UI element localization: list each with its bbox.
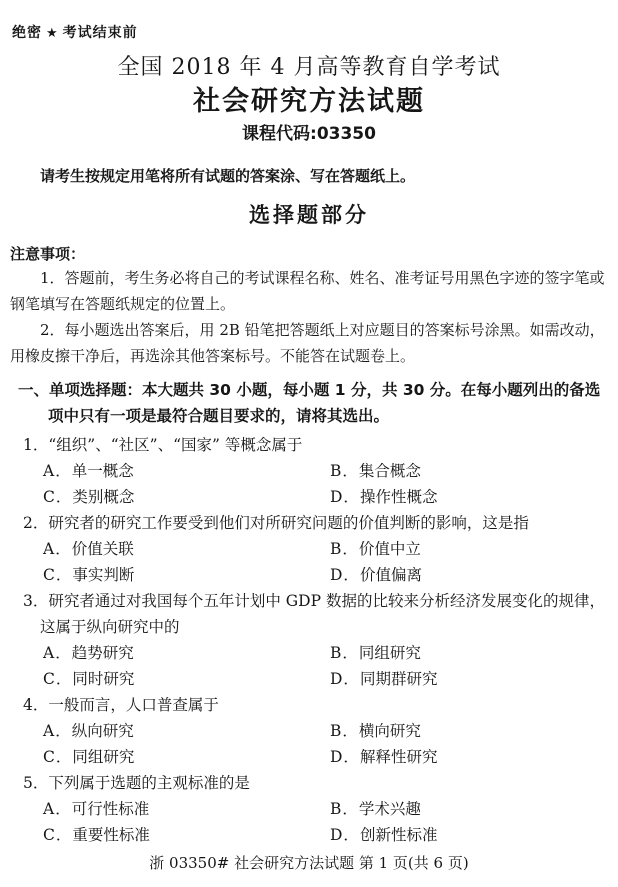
note-item-2: 2．每小题选出答案后，用 2B 铅笔把答题纸上对应题目的答案标号涂黑。如需改动，… (10, 317, 608, 369)
question-body: 研究者的研究工作要受到他们对所研究问题的价值判断的影响，这是指 (48, 514, 529, 532)
option-label: B． (330, 540, 359, 558)
option-text: 趋势研究 (72, 644, 134, 662)
option: C．类别概念 (43, 484, 330, 510)
option-label: A． (43, 644, 72, 662)
option-label: C． (43, 566, 72, 584)
question-number: 3． (23, 592, 48, 610)
question-text: 2．研究者的研究工作要受到他们对所研究问题的价值判断的影响，这是指 (10, 510, 608, 536)
answer-sheet-instruction: 请考生按规定用笔将所有试题的答案涂、写在答题纸上。 (10, 166, 608, 187)
question-text: 4．一般而言，人口普查属于 (10, 692, 608, 718)
option: C．同时研究 (43, 666, 330, 692)
question-body: 下列属于选题的主观标准的是 (48, 774, 250, 792)
question-body: 研究者通过对我国每个五年计划中 GDP 数据的比较来分析经济发展变化的规律，这属… (40, 592, 605, 636)
option-label: D． (330, 670, 360, 688)
option-label: D． (330, 566, 360, 584)
option-label: A． (43, 540, 72, 558)
option-label: C． (43, 826, 72, 844)
security-prefix: 绝密 (12, 25, 42, 41)
option: C．重要性标准 (43, 822, 330, 848)
question-item: 2．研究者的研究工作要受到他们对所研究问题的价值判断的影响，这是指A．价值关联B… (10, 510, 608, 588)
option-text: 学术兴趣 (359, 800, 421, 818)
section-title: 选择题部分 (10, 201, 608, 229)
security-suffix: 考试结束前 (63, 25, 138, 41)
option-text: 单一概念 (72, 462, 134, 480)
option: A．价值关联 (43, 536, 330, 562)
page-footer: 浙 03350# 社会研究方法试题 第 1 页(共 6 页) (0, 853, 618, 873)
option-text: 操作性概念 (360, 488, 438, 506)
question-text: 5．下列属于选题的主观标准的是 (10, 770, 608, 796)
question-list: 1．“组织”、“社区”、“国家” 等概念属于A．单一概念B．集合概念C．类别概念… (10, 432, 608, 848)
option-text: 集合概念 (359, 462, 421, 480)
question-text: 3．研究者通过对我国每个五年计划中 GDP 数据的比较来分析经济发展变化的规律，… (10, 588, 608, 640)
option: A．趋势研究 (43, 640, 330, 666)
option: C．同组研究 (43, 744, 330, 770)
option-text: 重要性标准 (72, 826, 150, 844)
option: B．学术兴趣 (330, 796, 608, 822)
option-text: 解释性研究 (360, 748, 438, 766)
question-text: 1．“组织”、“社区”、“国家” 等概念属于 (10, 432, 608, 458)
option-label: A． (43, 722, 72, 740)
option-label: B． (330, 644, 359, 662)
option-label: B． (330, 462, 359, 480)
option-label: C． (43, 670, 72, 688)
question-item: 1．“组织”、“社区”、“国家” 等概念属于A．单一概念B．集合概念C．类别概念… (10, 432, 608, 510)
part-one-heading: 一、单项选择题：本大题共 30 小题，每小题 1 分，共 30 分。在每小题列出… (10, 377, 608, 429)
question-item: 4．一般而言，人口普查属于A．纵向研究B．横向研究C．同组研究D．解释性研究 (10, 692, 608, 770)
option: D．操作性概念 (330, 484, 608, 510)
option-text: 价值中立 (359, 540, 421, 558)
option-text: 可行性标准 (72, 800, 150, 818)
question-number: 2． (23, 514, 48, 532)
option: B．价值中立 (330, 536, 608, 562)
course-code: 课程代码:03350 (10, 123, 608, 145)
option-label: D． (330, 488, 360, 506)
option-text: 同组研究 (72, 748, 134, 766)
option-text: 横向研究 (359, 722, 421, 740)
notes-heading: 注意事项： (10, 243, 608, 265)
option-label: B． (330, 800, 359, 818)
security-classification: 绝密★考试结束前 (12, 22, 608, 42)
option: B．同组研究 (330, 640, 608, 666)
question-body: “组织”、“社区”、“国家” 等概念属于 (48, 436, 302, 454)
question-options: A．价值关联B．价值中立C．事实判断D．价值偏离 (43, 536, 608, 588)
exam-paper-page: 绝密★考试结束前 全国 2018 年 4 月高等教育自学考试 社会研究方法试题 … (0, 0, 618, 887)
option-text: 纵向研究 (72, 722, 134, 740)
option-label: C． (43, 488, 72, 506)
option-text: 同时研究 (72, 670, 134, 688)
option-label: A． (43, 462, 72, 480)
option: D．创新性标准 (330, 822, 608, 848)
option: C．事实判断 (43, 562, 330, 588)
option: A．纵向研究 (43, 718, 330, 744)
option-text: 价值偏离 (360, 566, 422, 584)
option: B．横向研究 (330, 718, 608, 744)
option: D．同期群研究 (330, 666, 608, 692)
option: B．集合概念 (330, 458, 608, 484)
option: D．解释性研究 (330, 744, 608, 770)
note-item-1: 1．答题前，考生务必将自己的考试课程名称、姓名、准考证号用黑色字迹的签字笔或钢笔… (10, 265, 608, 317)
option-text: 同期群研究 (360, 670, 438, 688)
option-label: B． (330, 722, 359, 740)
star-icon: ★ (42, 26, 63, 41)
question-number: 1． (23, 436, 48, 454)
option-text: 价值关联 (72, 540, 134, 558)
option-text: 创新性标准 (360, 826, 438, 844)
exam-session-title: 全国 2018 年 4 月高等教育自学考试 (10, 54, 608, 82)
option-label: D． (330, 826, 360, 844)
question-options: A．纵向研究B．横向研究C．同组研究D．解释性研究 (43, 718, 608, 770)
question-options: A．趋势研究B．同组研究C．同时研究D．同期群研究 (43, 640, 608, 692)
question-number: 5． (23, 774, 48, 792)
option-label: A． (43, 800, 72, 818)
option-label: C． (43, 748, 72, 766)
paper-title: 社会研究方法试题 (10, 85, 608, 118)
option-text: 类别概念 (72, 488, 134, 506)
question-body: 一般而言，人口普查属于 (48, 696, 219, 714)
question-options: A．单一概念B．集合概念C．类别概念D．操作性概念 (43, 458, 608, 510)
option-text: 同组研究 (359, 644, 421, 662)
question-item: 3．研究者通过对我国每个五年计划中 GDP 数据的比较来分析经济发展变化的规律，… (10, 588, 608, 692)
question-options: A．可行性标准B．学术兴趣C．重要性标准D．创新性标准 (43, 796, 608, 848)
option-text: 事实判断 (72, 566, 134, 584)
option: A．可行性标准 (43, 796, 330, 822)
option: D．价值偏离 (330, 562, 608, 588)
option: A．单一概念 (43, 458, 330, 484)
option-label: D． (330, 748, 360, 766)
question-number: 4． (23, 696, 48, 714)
question-item: 5．下列属于选题的主观标准的是A．可行性标准B．学术兴趣C．重要性标准D．创新性… (10, 770, 608, 848)
